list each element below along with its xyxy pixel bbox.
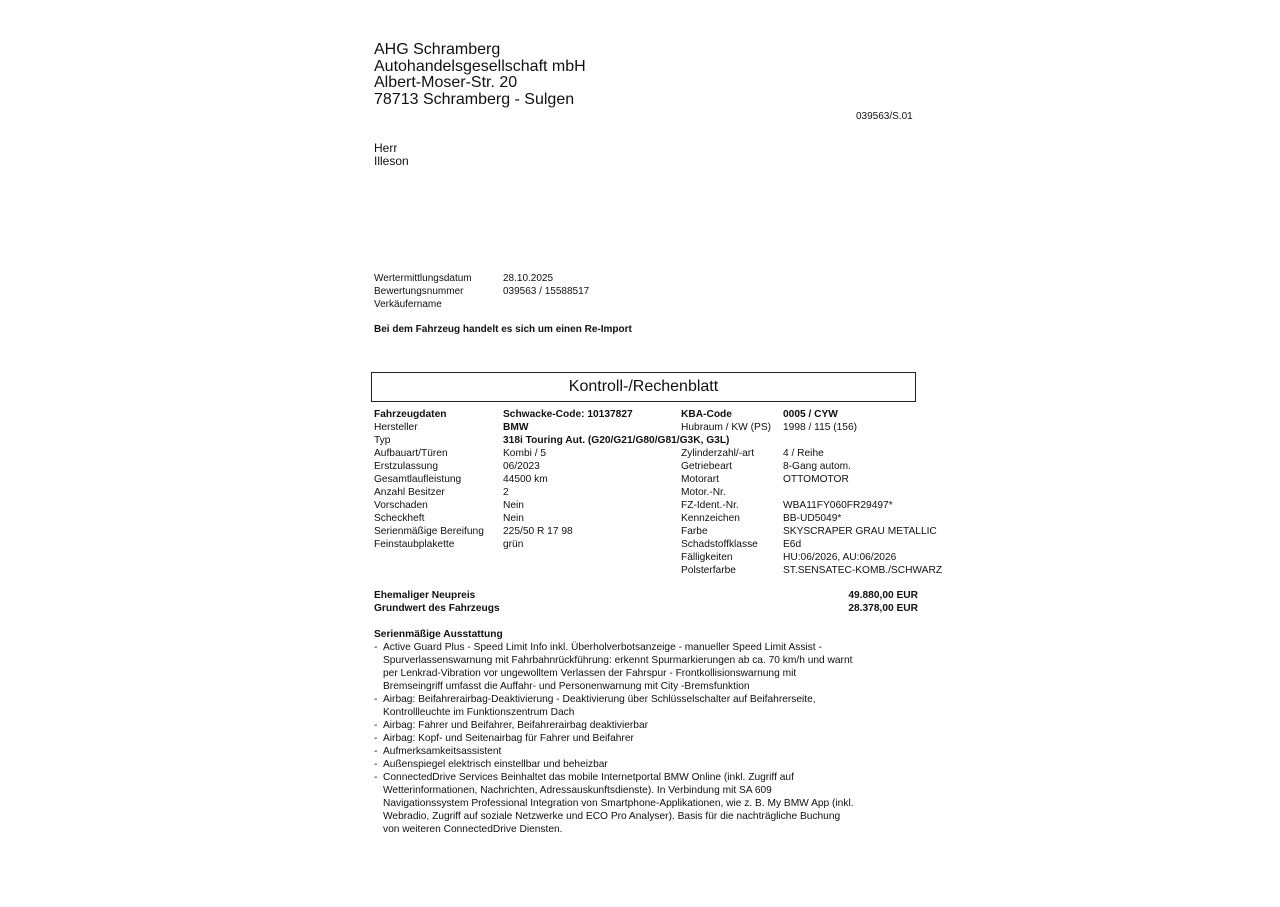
equipment-item: Aufmerksamkeitsassistent xyxy=(374,745,854,758)
field-value: HU:06/2026, AU:06/2026 xyxy=(783,551,896,564)
field-label: Hubraum / KW (PS) xyxy=(681,421,771,434)
field-label: Vorschaden xyxy=(374,499,428,512)
schwacke-code: Schwacke-Code: 10137827 xyxy=(503,408,633,421)
dealer-name: AHG Schramberg xyxy=(374,42,586,59)
field-value: 1998 / 115 (156) xyxy=(783,421,857,434)
dealer-city: 78713 Schramberg - Sulgen xyxy=(374,92,586,109)
field-value: 318i Touring Aut. (G20/G21/G80/G81/G3K, … xyxy=(503,434,729,447)
field-value: 2 xyxy=(503,486,509,499)
meta-row: Bewertungsnummer039563 / 15588517 xyxy=(374,285,589,298)
meta-row: Wertermittlungsdatum28.10.2025 xyxy=(374,272,589,285)
field-label: Typ xyxy=(374,434,390,447)
field-value: SKYSCRAPER GRAU METALLIC xyxy=(783,525,937,538)
field-label: Hersteller xyxy=(374,421,418,434)
field-label: FZ-Ident.-Nr. xyxy=(681,499,739,512)
field-value: WBA11FY060FR29497* xyxy=(783,499,893,512)
valuation-meta: Wertermittlungsdatum28.10.2025 Bewertung… xyxy=(374,272,589,311)
meta-value: 28.10.2025 xyxy=(503,272,553,285)
field-value: E6d xyxy=(783,538,801,551)
field-label: Getriebeart xyxy=(681,460,732,473)
field-value: OTTOMOTOR xyxy=(783,473,849,486)
meta-value: 039563 / 15588517 xyxy=(503,285,589,298)
equipment-item: Active Guard Plus - Speed Limit Info ink… xyxy=(374,641,854,693)
meta-label: Verkäufername xyxy=(374,298,503,311)
field-value: ST.SENSATEC-KOMB./SCHWARZ xyxy=(783,564,942,577)
meta-row: Verkäufername xyxy=(374,298,589,311)
equipment-item: Airbag: Fahrer und Beifahrer, Beifahrera… xyxy=(374,719,854,732)
price-row: Ehemaliger Neupreis49.880,00 EUR xyxy=(374,589,918,602)
field-value: 06/2023 xyxy=(503,460,540,473)
vehicle-data-label: Fahrzeugdaten xyxy=(374,408,446,421)
equipment-list: Active Guard Plus - Speed Limit Info ink… xyxy=(374,641,854,836)
price-label: Grundwert des Fahrzeugs xyxy=(374,602,500,615)
field-label: Kennzeichen xyxy=(681,512,740,525)
reimport-notice: Bei dem Fahrzeug handelt es sich um eine… xyxy=(374,324,632,335)
dealer-street: Albert-Moser-Str. 20 xyxy=(374,75,586,92)
dealer-company: Autohandelsgesellschaft mbH xyxy=(374,59,586,76)
price-summary: Ehemaliger Neupreis49.880,00 EUR Grundwe… xyxy=(374,589,918,615)
kba-value: 0005 / CYW xyxy=(783,408,838,421)
field-value: Nein xyxy=(503,499,524,512)
equipment-item: ConnectedDrive Services Beinhaltet das m… xyxy=(374,771,854,836)
field-label: Polsterfarbe xyxy=(681,564,736,577)
equipment-item: Außenspiegel elektrisch einstellbar und … xyxy=(374,758,854,771)
field-label: Aufbauart/Türen xyxy=(374,447,448,460)
sheet-title: Kontroll-/Rechenblatt xyxy=(371,372,916,402)
field-label: Zylinderzahl/-art xyxy=(681,447,754,460)
standard-equipment: Serienmäßige Ausstattung Active Guard Pl… xyxy=(374,628,854,836)
page-reference: 039563/S.01 xyxy=(856,111,913,122)
price-value: 28.378,00 EUR xyxy=(848,602,918,615)
field-label: Serienmäßige Bereifung xyxy=(374,525,484,538)
field-label: Gesamtlaufleistung xyxy=(374,473,461,486)
field-value: 44500 km xyxy=(503,473,548,486)
dealer-address: AHG Schramberg Autohandelsgesellschaft m… xyxy=(374,42,586,108)
field-label: Farbe xyxy=(681,525,708,538)
field-value: 225/50 R 17 98 xyxy=(503,525,573,538)
field-value: Kombi / 5 xyxy=(503,447,546,460)
equipment-item: Airbag: Beifahrerairbag-Deaktivierung - … xyxy=(374,693,854,719)
price-row: Grundwert des Fahrzeugs28.378,00 EUR xyxy=(374,602,918,615)
field-value: BMW xyxy=(503,421,528,434)
field-label: Erstzulassung xyxy=(374,460,438,473)
field-label: Fälligkeiten xyxy=(681,551,733,564)
kba-label: KBA-Code xyxy=(681,408,732,421)
field-label: Motor.-Nr. xyxy=(681,486,726,499)
meta-label: Wertermittlungsdatum xyxy=(374,272,503,285)
equipment-item: Airbag: Kopf- und Seitenairbag für Fahre… xyxy=(374,732,854,745)
recipient: Herr Illeson xyxy=(374,142,409,168)
meta-label: Bewertungsnummer xyxy=(374,285,503,298)
field-label: Feinstaubplakette xyxy=(374,538,454,551)
field-value: BB-UD5049* xyxy=(783,512,841,525)
field-value: 8-Gang autom. xyxy=(783,460,851,473)
field-value: Nein xyxy=(503,512,524,525)
field-label: Schadstoffklasse xyxy=(681,538,758,551)
recipient-name: Illeson xyxy=(374,155,409,168)
field-value: 4 / Reihe xyxy=(783,447,824,460)
price-value: 49.880,00 EUR xyxy=(848,589,918,602)
field-label: Scheckheft xyxy=(374,512,424,525)
field-label: Anzahl Besitzer xyxy=(374,486,445,499)
field-label: Motorart xyxy=(681,473,719,486)
equipment-title: Serienmäßige Ausstattung xyxy=(374,628,854,641)
price-label: Ehemaliger Neupreis xyxy=(374,589,475,602)
field-value: grün xyxy=(503,538,523,551)
